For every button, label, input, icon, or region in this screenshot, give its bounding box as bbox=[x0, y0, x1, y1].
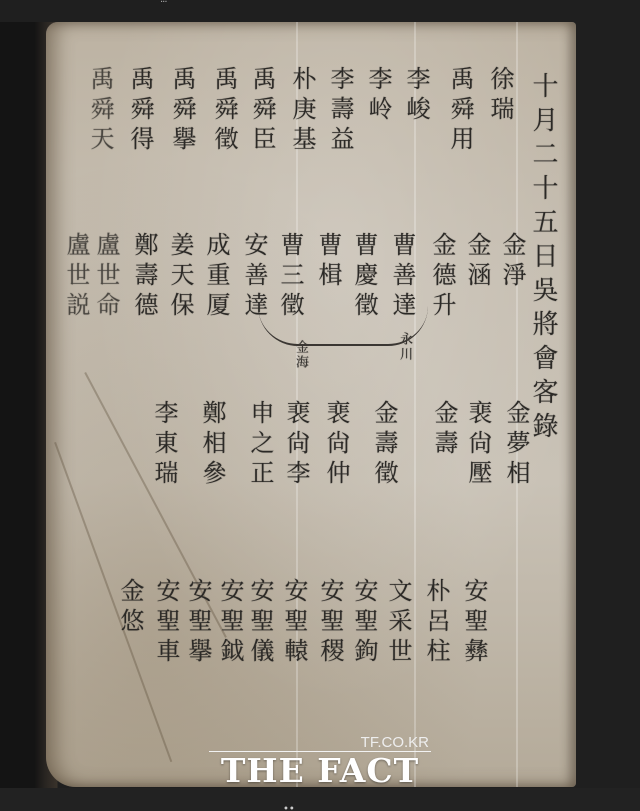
name-column: 安聖稷 bbox=[318, 578, 342, 668]
name-column: 李壽益 bbox=[328, 66, 352, 156]
name-column: 安聖車 bbox=[154, 578, 178, 668]
name-column: 姜天保 bbox=[168, 232, 192, 322]
name-column: 金淨 bbox=[500, 232, 524, 292]
name-column: 裵尙李 bbox=[284, 400, 308, 490]
paper-fold bbox=[414, 22, 416, 787]
name-column: 安聖轅 bbox=[282, 578, 306, 668]
bottom-bar bbox=[0, 788, 640, 811]
name-column: 裵尙壓 bbox=[466, 400, 490, 490]
name-column: 禹舜用 bbox=[448, 66, 472, 156]
name-column: 鄭相參 bbox=[200, 400, 224, 490]
name-column: 曹楫 bbox=[316, 232, 340, 292]
name-column: 朴呂柱 bbox=[424, 578, 448, 668]
name-column: 盧世説 bbox=[64, 232, 88, 322]
name-column: 申之正 bbox=[248, 400, 272, 490]
name-column: 金壽徵 bbox=[372, 400, 396, 490]
name-column: 禹舜天 bbox=[88, 66, 112, 156]
name-column: 金夢相 bbox=[504, 400, 528, 490]
watermark: TF.CO.KR THE FACT bbox=[209, 734, 431, 791]
name-column: 安聖擧 bbox=[186, 578, 210, 668]
name-column: 李岭 bbox=[366, 66, 390, 126]
name-column: 安聖彝 bbox=[462, 578, 486, 668]
watermark-url: TF.CO.KR bbox=[209, 734, 431, 751]
name-column: 禹舜臣 bbox=[250, 66, 274, 156]
name-column: 朴庚基 bbox=[290, 66, 314, 156]
name-column: 李峻 bbox=[404, 66, 428, 126]
name-column: 成重厦 bbox=[204, 232, 228, 322]
manuscript-title: 十月二十五日吳將會客錄 bbox=[530, 72, 556, 446]
bottom-dots: •• bbox=[283, 804, 293, 811]
manuscript-page: 徐瑞禹舜用李峻李岭李壽益朴庚基禹舜臣禹舜徵禹舜擧禹舜得禹舜天金淨金涵金德升曹善達… bbox=[46, 22, 576, 787]
top-caption: ... bbox=[160, 0, 420, 4]
name-column: 禹舜擧 bbox=[170, 66, 194, 156]
name-column: 安聖鉤 bbox=[352, 578, 376, 668]
name-column: 裵尙仲 bbox=[324, 400, 348, 490]
name-column: 金德升 bbox=[430, 232, 454, 322]
name-column: 李東瑞 bbox=[152, 400, 176, 490]
name-column: 文采世 bbox=[386, 578, 410, 668]
name-column: 徐瑞 bbox=[488, 66, 512, 126]
name-column: 禹舜得 bbox=[128, 66, 152, 156]
name-column: 金壽 bbox=[432, 400, 456, 460]
name-column: 金悠 bbox=[118, 578, 142, 638]
grouping-bracket bbox=[258, 304, 428, 346]
watermark-brand: THE FACT bbox=[209, 752, 431, 790]
name-column: 金涵 bbox=[465, 232, 489, 292]
name-column: 鄭壽德 bbox=[132, 232, 156, 322]
name-column: 禹舜徵 bbox=[212, 66, 236, 156]
name-column: 盧世命 bbox=[94, 232, 118, 322]
name-column: 安聖鉞 bbox=[218, 578, 242, 668]
name-column: 安聖儀 bbox=[248, 578, 272, 668]
